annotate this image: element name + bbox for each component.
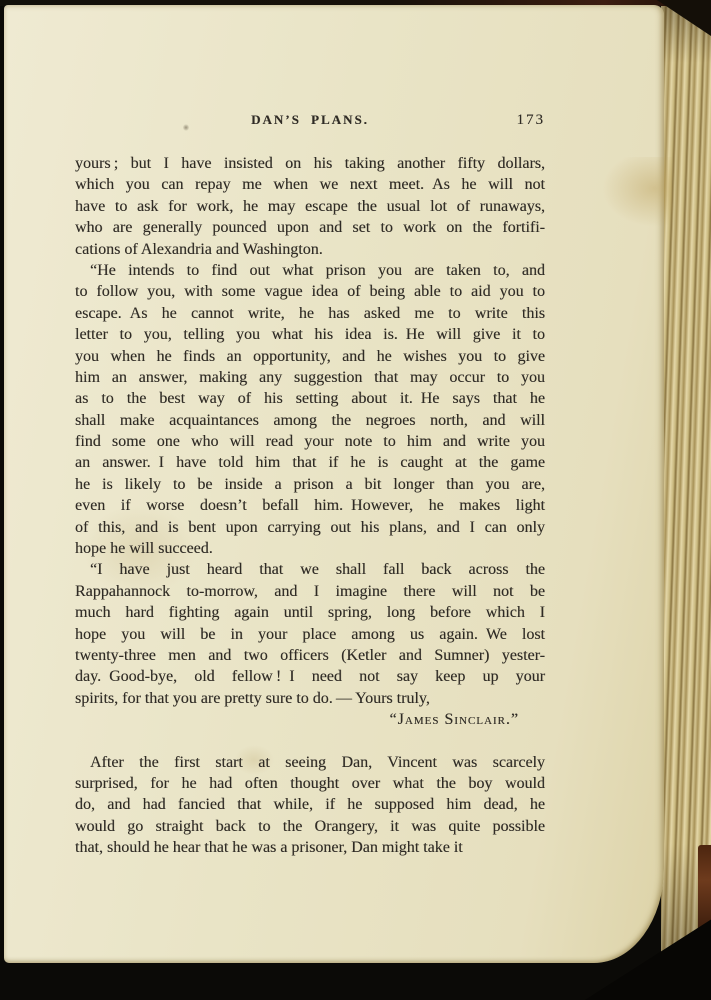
text-line: that, should he hear that he was a priso…: [75, 837, 545, 858]
text-line: would go straight back to the Orangery, …: [75, 816, 545, 837]
screenshot-root: { "header": { "title": "DAN\u2019S PLANS…: [0, 0, 711, 1000]
text-line: hope he will succeed.: [75, 538, 545, 559]
text-line: “He intends to find out what prison you …: [75, 260, 545, 281]
book-page: DAN’S PLANS. 173 yours ; but I have insi…: [4, 5, 664, 963]
text-line: much hard fighting again until spring, l…: [75, 602, 545, 623]
text-line: even if worse doesn’t befall him. Howeve…: [75, 495, 545, 516]
text-line: cations of Alexandria and Washington.: [75, 239, 545, 260]
text-line: spirits, for that you are pretty sure to…: [75, 688, 545, 709]
text-line: day. Good-bye, old fellow ! I need not s…: [75, 666, 545, 687]
text-line: you when he finds an opportunity, and he…: [75, 346, 545, 367]
paragraph: “I have just heard that we shall fall ba…: [75, 559, 545, 709]
paragraph: After the first start at seeing Dan, Vin…: [75, 752, 545, 859]
text-line: surprised, for he had often thought over…: [75, 773, 545, 794]
body-text: yours ; but I have insisted on his takin…: [75, 153, 545, 859]
paper-stain: [602, 157, 672, 227]
page-number: 173: [517, 109, 546, 131]
text-line: to follow you, with some vague idea of b…: [75, 281, 545, 302]
running-title: DAN’S PLANS.: [75, 109, 545, 131]
book-scan: DAN’S PLANS. 173 yours ; but I have insi…: [0, 0, 711, 1000]
text-line: Rappahannock to-morrow, and I imagine th…: [75, 581, 545, 602]
text-line: who are generally pounced upon and set t…: [75, 217, 545, 238]
book-page-edges: [661, 6, 711, 958]
text-line: After the first start at seeing Dan, Vin…: [75, 752, 545, 773]
text-line: he is likely to be inside a prison a bit…: [75, 474, 545, 495]
text-line: yours ; but I have insisted on his takin…: [75, 153, 545, 174]
letter-signature: “James Sinclair.”: [75, 709, 545, 730]
text-line: an answer. I have told him that if he is…: [75, 452, 545, 473]
text-line: “James Sinclair.”: [75, 709, 545, 730]
text-line: of this, and is bent upon carrying out h…: [75, 517, 545, 538]
text-line: shall make acquaintances among the negro…: [75, 410, 545, 431]
text-line: escape. As he cannot write, he has asked…: [75, 303, 545, 324]
text-line: find some one who will read your note to…: [75, 431, 545, 452]
paragraph: yours ; but I have insisted on his takin…: [75, 153, 545, 260]
text-line: do, and had fancied that while, if he su…: [75, 794, 545, 815]
text-line: which you can repay me when we next meet…: [75, 174, 545, 195]
text-line: as to the best way of his setting about …: [75, 388, 545, 409]
text-line: twenty-three men and two officers (Ketle…: [75, 645, 545, 666]
text-line: “I have just heard that we shall fall ba…: [75, 559, 545, 580]
text-line: hope you will be in your place among us …: [75, 624, 545, 645]
page-header: DAN’S PLANS. 173: [75, 109, 545, 131]
paragraph: “He intends to find out what prison you …: [75, 260, 545, 559]
book-cover-edge: [698, 845, 711, 933]
text-line: have to ask for work, he may escape the …: [75, 196, 545, 217]
page-content: DAN’S PLANS. 173 yours ; but I have insi…: [75, 109, 545, 859]
text-line: him an answer, making any suggestion tha…: [75, 367, 545, 388]
text-line: letter to you, telling you what his idea…: [75, 324, 545, 345]
